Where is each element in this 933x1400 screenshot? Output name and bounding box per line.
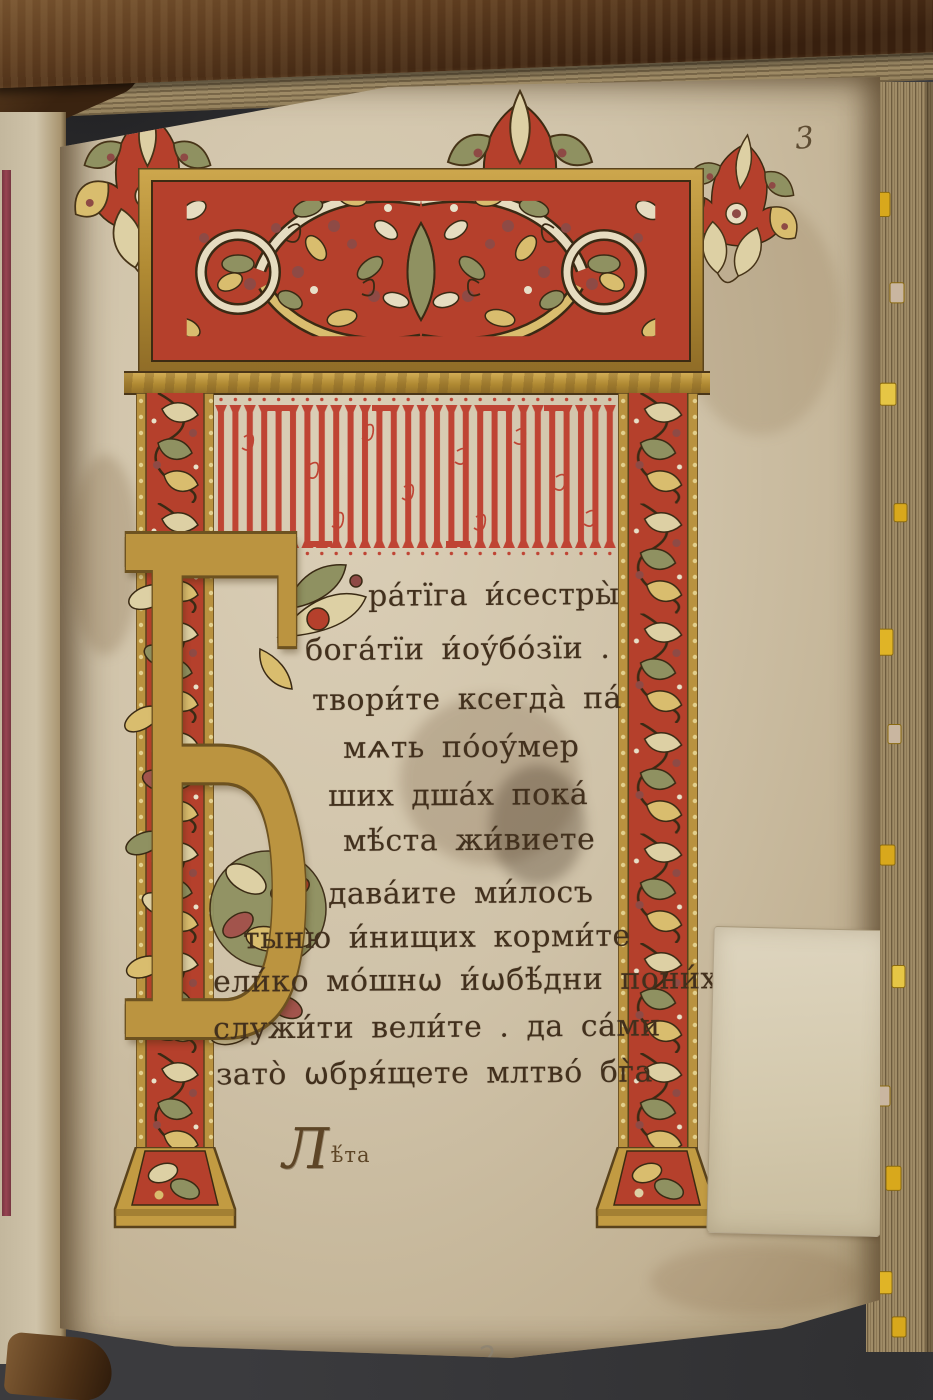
manuscript-photo: 3 <box>0 0 933 1400</box>
colophon-text: ѣ́та <box>331 1143 371 1167</box>
text-line: служи́ти вели́те . да са́ми <box>213 1008 661 1046</box>
text-line: зато̀ ѡбря́щете млтво́ бг̀а <box>216 1054 653 1092</box>
leather-bottom-corner <box>3 1331 114 1400</box>
text-line: ели́ко мо́шнѡ и́ѡбѣ́дни пони́х <box>213 961 718 1000</box>
text-line: ших дша́х пока́ <box>328 777 588 814</box>
text-line: бога́тїи и́оу́бо́зїи . <box>305 631 611 668</box>
gold-rail <box>124 371 710 395</box>
text-line: мѣ́ста жи́виете <box>343 822 596 859</box>
text-line: тыню и́нищих корми́те <box>243 919 631 957</box>
parchment-stain <box>650 1245 860 1315</box>
text-line: ра́тїга и́сестры̀ <box>368 577 620 614</box>
initial-letter: Б <box>110 537 228 1061</box>
illuminated-headpiece <box>138 168 704 374</box>
text-line: твори́те ксегда̀ па́ <box>312 681 622 718</box>
facing-page-sliver <box>0 112 66 1364</box>
manuscript-page: 3 <box>60 75 880 1367</box>
text-line: мѧть по́оу́мер <box>343 729 580 766</box>
folio-number: 3 <box>793 120 816 157</box>
repair-patch <box>706 926 887 1237</box>
pencil-foliation: 2 <box>478 1340 499 1373</box>
facing-page-frame-line <box>2 170 11 1216</box>
colophon-line: Лѣ́та <box>282 1117 369 1182</box>
text-line: дава́ите ми́лосъ <box>328 875 594 912</box>
colophon-initial: Л <box>276 1117 334 1182</box>
column-foot-right <box>593 1147 721 1229</box>
